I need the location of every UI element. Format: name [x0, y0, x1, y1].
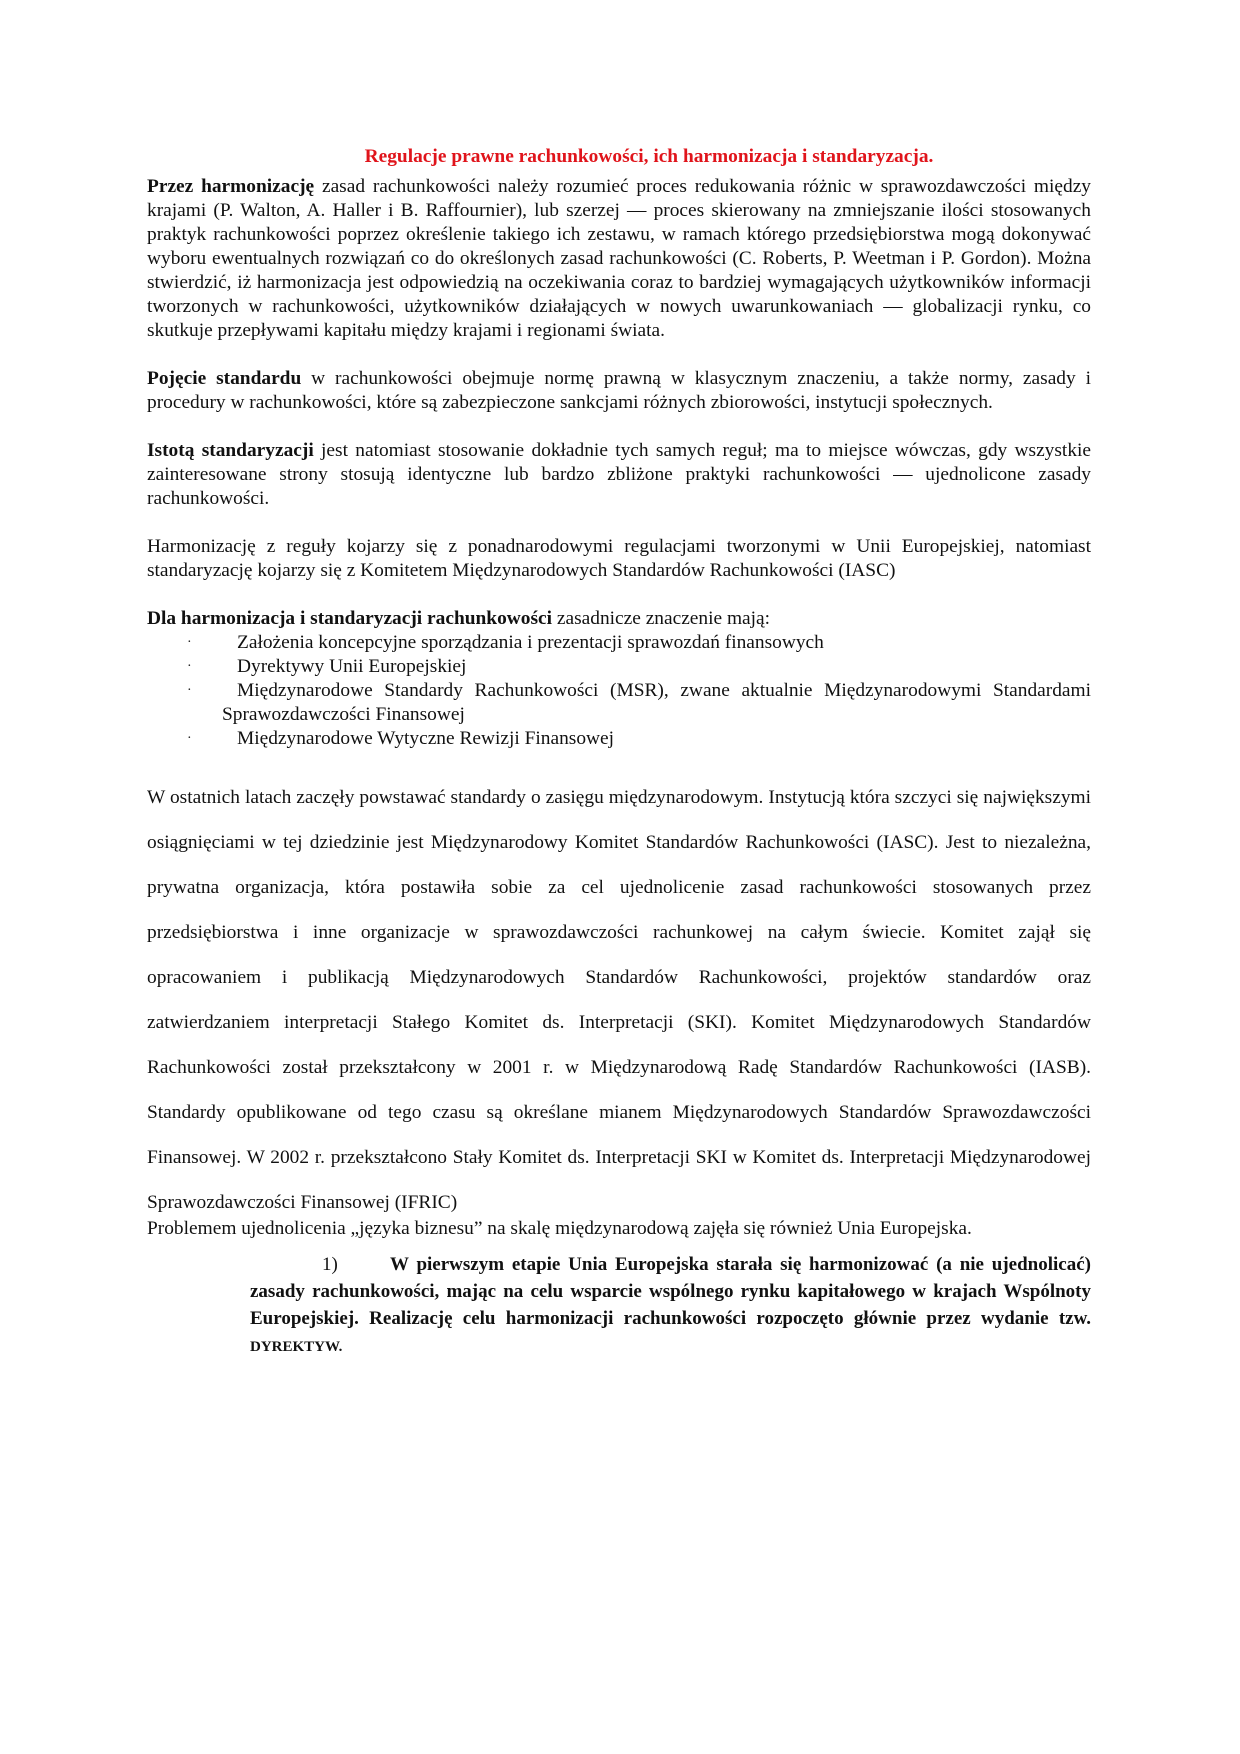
- item-number: 1): [322, 1251, 390, 1278]
- bullet-icon: ·: [187, 631, 192, 655]
- paragraph-standardization-essence: Istotą standaryzacji jest natomiast stos…: [147, 439, 1091, 511]
- document-page: Regulacje prawne rachunkowości, ich harm…: [147, 145, 1091, 1361]
- numbered-item-first-stage: 1)W pierwszym etapie Unia Europejska sta…: [250, 1251, 1091, 1361]
- paragraph-text: Harmonizację z reguły kojarzy się z pona…: [147, 536, 1091, 581]
- bullet-icon: ·: [187, 727, 192, 751]
- paragraph-iasc-history: W ostatnich latach zaczęły powstawać sta…: [147, 775, 1091, 1225]
- list-item-text: Dyrektywy Unii Europejskiej: [237, 656, 466, 677]
- paragraph-standard-definition: Pojęcie standardu w rachunkowości obejmu…: [147, 367, 1091, 415]
- bullet-icon: ·: [187, 655, 192, 679]
- list-item: · Międzynarodowe Wytyczne Rewizji Finans…: [147, 727, 1091, 751]
- key-documents-list: · Założenia koncepcyjne sporządzania i p…: [147, 631, 1091, 751]
- list-item-text: Założenia koncepcyjne sporządzania i pre…: [237, 632, 824, 653]
- list-item-text: Międzynarodowe Wytyczne Rewizji Finansow…: [237, 728, 614, 749]
- term-standardization: Istotą standaryzacji: [147, 440, 314, 461]
- paragraph-text: Problemem ujednolicenia „języka biznesu”…: [147, 1218, 972, 1239]
- paragraph-text: zasadnicze znaczenie mają:: [552, 608, 770, 629]
- paragraph-associations: Harmonizację z reguły kojarzy się z pona…: [147, 535, 1091, 583]
- term-directives: DYREKTYW.: [250, 1339, 342, 1355]
- paragraph-eu-problem: Problemem ujednolicenia „języka biznesu”…: [147, 1217, 1091, 1241]
- list-item: · Dyrektywy Unii Europejskiej: [147, 655, 1091, 679]
- paragraph-harmonization-definition: Przez harmonizację zasad rachunkowości n…: [147, 175, 1091, 343]
- bullet-icon: ·: [187, 679, 192, 703]
- list-item-text: Międzynarodowe Standardy Rachunkowości (…: [222, 680, 1091, 725]
- key-documents-section: Dla harmonizacja i standaryzacji rachunk…: [147, 607, 1091, 751]
- key-documents-intro: Dla harmonizacja i standaryzacji rachunk…: [147, 607, 1091, 631]
- list-item: · Międzynarodowe Standardy Rachunkowości…: [147, 679, 1091, 727]
- paragraph-text: zasad rachunkowości należy rozumieć proc…: [147, 176, 1091, 341]
- list-item: · Założenia koncepcyjne sporządzania i p…: [147, 631, 1091, 655]
- document-title: Regulacje prawne rachunkowości, ich harm…: [147, 145, 1091, 169]
- term-harmonization: Przez harmonizację: [147, 176, 314, 197]
- term-harmonization-standardization: Dla harmonizacja i standaryzacji rachunk…: [147, 608, 552, 629]
- term-standard: Pojęcie standardu: [147, 368, 301, 389]
- paragraph-text: W ostatnich latach zaczęły powstawać sta…: [147, 787, 1091, 1213]
